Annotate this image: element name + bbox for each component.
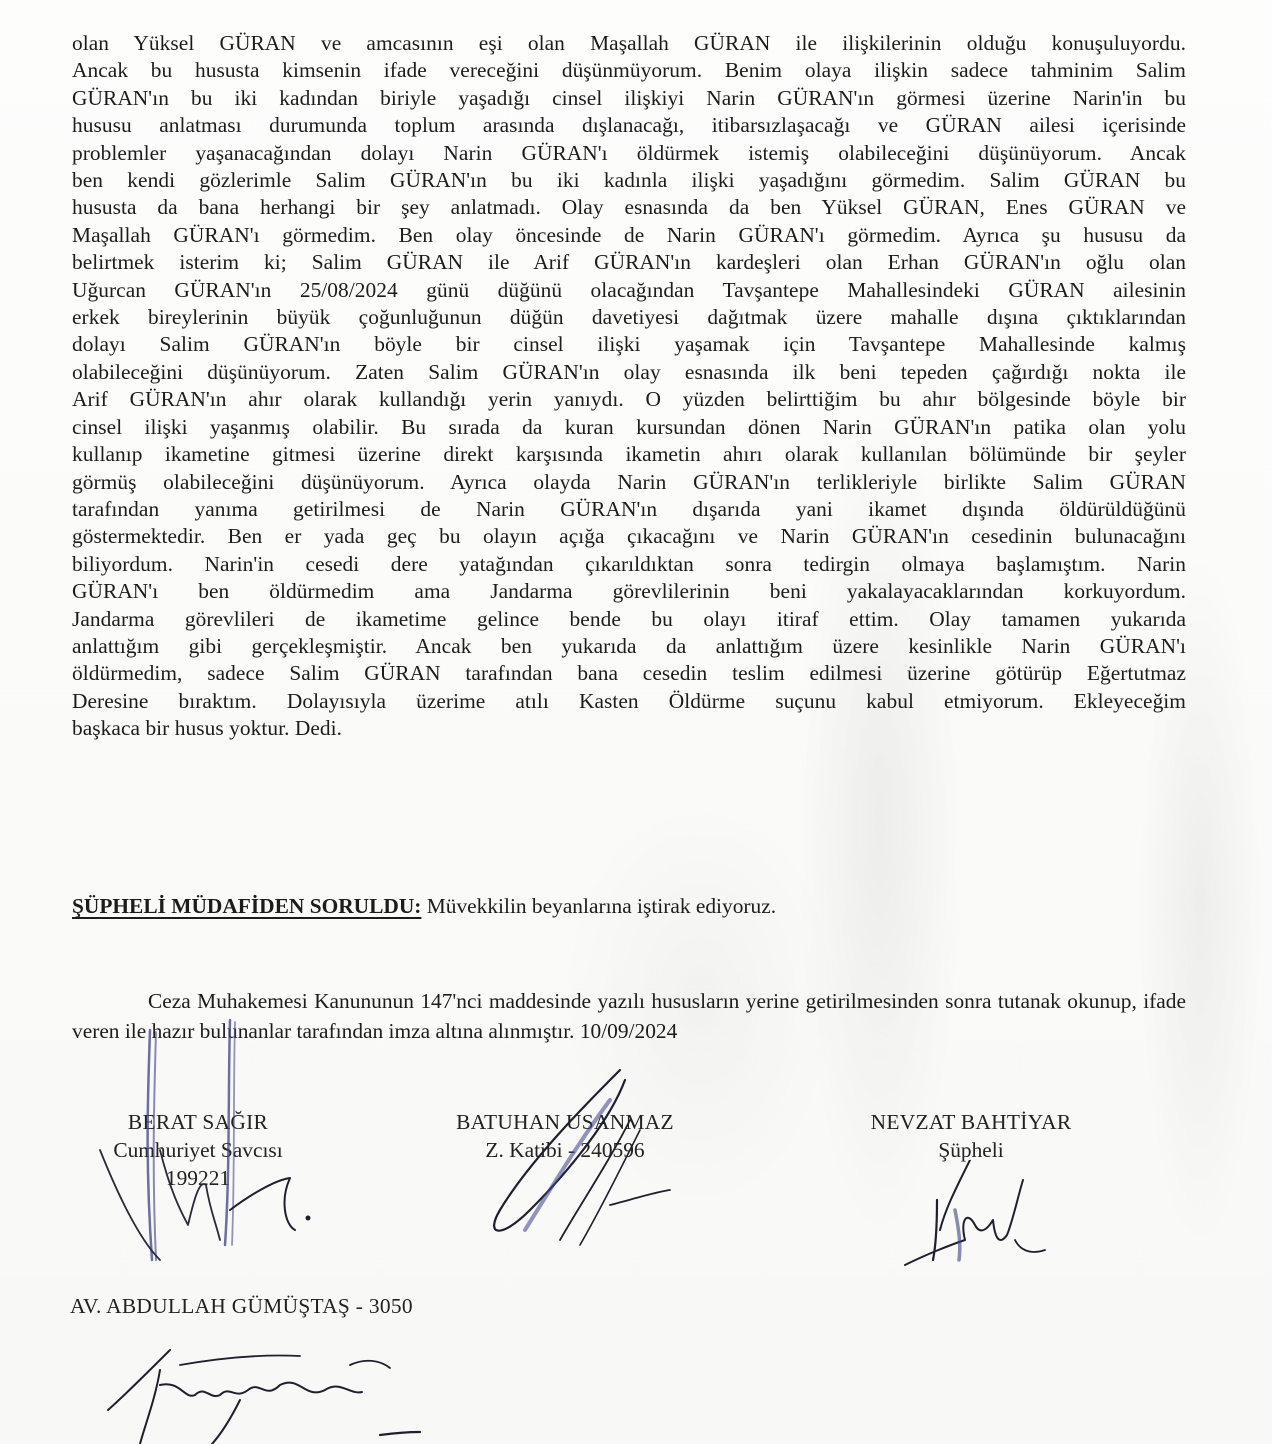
defense-question-heading: ŞÜPHELİ MÜDAFİDEN SORULDU: [72, 894, 421, 918]
statement-line: Arif GÜRAN'ın ahır olarak kullandığı yer… [72, 386, 1186, 413]
statement-line: öldürmedim, sadece Salim GÜRAN tarafında… [72, 660, 1186, 687]
statement-line: kullanıp ikametine gitmesi üzerine direk… [72, 441, 1186, 468]
statement-line: dolayı Salim GÜRAN'ın böyle bir cinsel i… [72, 331, 1186, 358]
statement-line: Maşallah GÜRAN'ı görmedim. Ben olay önce… [72, 222, 1186, 249]
signatory-role: Şüpheli [836, 1136, 1106, 1164]
statement-line: olan Yüksel GÜRAN ve amcasının eşi olan … [72, 30, 1186, 57]
statement-line: erkek bireylerinin büyük çoğunluğunun dü… [72, 304, 1186, 331]
suspect-signature-icon [895, 1160, 1065, 1280]
statement-line: ben kendi gözlerimle Salim GÜRAN'ın bu i… [72, 167, 1186, 194]
statement-line: belirtmek isterim ki; Salim GÜRAN ile Ar… [72, 249, 1186, 276]
statement-line: anlattığım gibi gerçekleşmiştir. Ancak b… [72, 633, 1186, 660]
defense-question-section: ŞÜPHELİ MÜDAFİDEN SORULDU: Müvekkilin be… [72, 893, 776, 920]
lawyer-signature-icon [100, 1340, 460, 1444]
signatory-name: BERAT SAĞIR [78, 1108, 318, 1136]
statement-line: görmüş olabileceğini düşünüyorum. Ayrıca… [72, 469, 1186, 496]
signatory-suspect: NEVZAT BAHTİYAR Şüpheli [836, 1108, 1106, 1164]
signatory-clerk: BATUHAN USANMAZ Z. Katibi - 240596 [420, 1108, 710, 1164]
statement-line: Deresine bıraktım. Dolayısıyla üzerime a… [72, 688, 1186, 715]
closing-paragraph: Ceza Muhakemesi Kanununun 147'nci maddes… [72, 986, 1186, 1046]
statement-line: Ancak bu hususta kimsenin ifade vereceği… [72, 57, 1186, 84]
signatory-role: Z. Katibi - 240596 [420, 1136, 710, 1164]
signatory-id: 199221 [78, 1164, 318, 1192]
signatory-role: Cumhuriyet Savcısı [78, 1136, 318, 1164]
signatory-name: NEVZAT BAHTİYAR [836, 1108, 1106, 1136]
signatory-prosecutor: BERAT SAĞIR Cumhuriyet Savcısı 199221 [78, 1108, 318, 1192]
statement-body: olan Yüksel GÜRAN ve amcasının eşi olan … [72, 30, 1186, 743]
statement-line: olabileceğini düşünüyorum. Zaten Salim G… [72, 359, 1186, 386]
statement-line: başkaca bir husus yoktur. Dedi. [72, 715, 1186, 742]
statement-line: hususta da bana herhangi bir şey anlatma… [72, 194, 1186, 221]
signatory-name: BATUHAN USANMAZ [420, 1108, 710, 1136]
lawyer-label: AV. ABDULLAH GÜMÜŞTAŞ - 3050 [70, 1294, 413, 1319]
statement-paragraph: olan Yüksel GÜRAN ve amcasının eşi olan … [72, 30, 1186, 743]
statement-line: tarafından yanıma getirilmesi de Narin G… [72, 496, 1186, 523]
statement-line: Uğurcan GÜRAN'ın 25/08/2024 günü düğünü … [72, 277, 1186, 304]
statement-line: Jandarma görevlileri de ikametime gelinc… [72, 606, 1186, 633]
statement-line: cinsel ilişki yaşanmış olabilir. Bu sıra… [72, 414, 1186, 441]
statement-line: GÜRAN'ı ben öldürmedim ama Jandarma göre… [72, 578, 1186, 605]
statement-line: göstermektedir. Ben er yada geç bu olayı… [72, 523, 1186, 550]
statement-line: problemler yaşanacağından dolayı Narin G… [72, 140, 1186, 167]
statement-line: biliyordum. Narin'in cesedi dere yatağın… [72, 551, 1186, 578]
statement-line: GÜRAN'ın bu iki kadından biriyle yaşadığ… [72, 85, 1186, 112]
statement-line: hususu anlatması durumunda toplum arasın… [72, 112, 1186, 139]
defense-answer-text: Müvekkilin beyanlarına iştirak ediyoruz. [427, 894, 776, 918]
